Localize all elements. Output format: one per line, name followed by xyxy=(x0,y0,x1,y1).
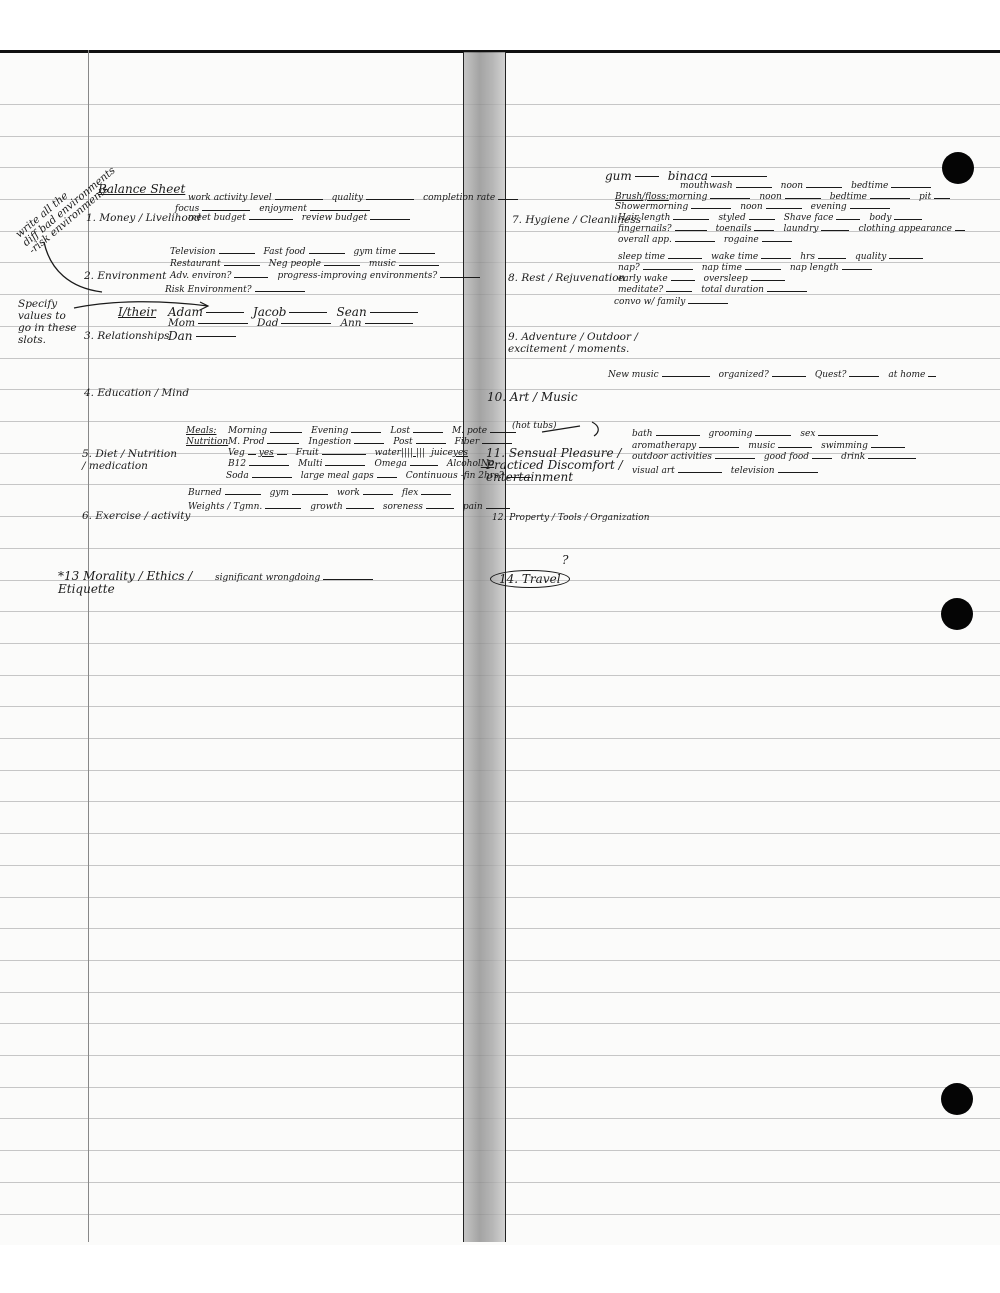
field-television-pleasure[interactable]: television xyxy=(731,467,821,476)
field-music[interactable]: music xyxy=(369,260,442,269)
field-row: mouthwash noon bedtime xyxy=(680,182,940,191)
field-quality[interactable]: quality xyxy=(332,194,417,203)
field-quest[interactable]: Quest? xyxy=(815,371,883,380)
field-swimming[interactable]: swimming xyxy=(821,442,908,451)
field-neg-people[interactable]: Neg people xyxy=(269,260,363,269)
field-organized[interactable]: organized? xyxy=(719,371,809,380)
field-gym-time[interactable]: gym time xyxy=(354,248,439,257)
field-row: work activity level quality completion r… xyxy=(188,194,527,203)
fold-edge-right xyxy=(505,52,506,1242)
field-row: Dan xyxy=(168,330,245,342)
category-education: 4. Education / Mind xyxy=(84,388,189,399)
field-row: Vegyes Fruit water |||| ||| juice yes xyxy=(228,449,474,458)
field-multi[interactable]: Multi xyxy=(298,460,368,469)
field-post[interactable]: Post xyxy=(393,438,448,447)
category-travel: 14. Travel xyxy=(490,570,570,588)
field-review-budget[interactable]: review budget xyxy=(302,214,414,223)
field-meditate[interactable]: meditate? xyxy=(618,286,695,295)
field-new-music[interactable]: New music xyxy=(608,371,713,380)
field-ingestion[interactable]: Ingestion xyxy=(308,438,387,447)
field-row: Brush/floss: morning noon bedtime pit xyxy=(615,193,959,202)
field-water[interactable]: water |||| ||| xyxy=(375,449,425,458)
category-morality: *13 Morality / Ethics / Etiquette xyxy=(58,570,208,596)
field-sleep-time[interactable]: sleep time xyxy=(618,253,705,262)
bracket-arrow-icon xyxy=(540,420,610,440)
category-environment: 2. Environment xyxy=(84,271,166,282)
field-row: Burned gym work flex xyxy=(188,489,460,498)
field-adv-environ[interactable]: Adv. environ? xyxy=(170,272,271,281)
field-row: aromatherapy music swimming xyxy=(632,442,914,451)
field-juice[interactable]: juice yes xyxy=(431,449,468,458)
field-omega[interactable]: Omega xyxy=(374,460,440,469)
field-convo-family[interactable]: convo w/ family xyxy=(614,298,731,307)
field-fruit[interactable]: Fruit xyxy=(296,449,369,458)
binder-hole-icon xyxy=(942,152,974,184)
field-aromatherapy[interactable]: aromatherapy xyxy=(632,442,742,451)
field-burned[interactable]: Burned xyxy=(188,489,264,498)
field-progress-environments[interactable]: progress-improving environments? xyxy=(277,272,483,281)
binder-hole-icon xyxy=(941,1083,973,1115)
field-music-pleasure[interactable]: music xyxy=(748,442,815,451)
field-hair-length[interactable]: Hair length xyxy=(618,214,712,223)
field-quality-sleep[interactable]: quality xyxy=(855,253,926,262)
field-large-meal-gaps[interactable]: large meal gaps xyxy=(301,472,400,481)
note-line: slots. xyxy=(18,334,77,346)
field-morning[interactable]: Morning xyxy=(228,427,305,436)
field-row: Adam Jacob Sean xyxy=(168,306,427,318)
category-relationships: 3. Relationships xyxy=(84,331,169,342)
field-television[interactable]: Television xyxy=(170,248,258,257)
field-row: Risk Environment? xyxy=(165,286,314,295)
field-shower[interactable]: Shower morning xyxy=(615,203,734,212)
field-row: overall app. rogaine xyxy=(618,236,801,245)
field-row: Shower morning noon evening xyxy=(615,203,899,212)
field-row: Television Fast food gym time xyxy=(170,248,444,257)
field-row: bath grooming sex xyxy=(632,430,887,439)
field-grooming[interactable]: grooming xyxy=(709,430,795,439)
field-mouthwash[interactable]: mouthwash xyxy=(680,182,775,191)
field-toenails[interactable]: toenails xyxy=(716,225,778,234)
field-risk-environment[interactable]: Risk Environment? xyxy=(165,286,308,295)
field-visual-art[interactable]: visual art xyxy=(632,467,725,476)
field-brush-bedtime[interactable]: bedtime xyxy=(830,193,913,202)
field-good-food[interactable]: good food xyxy=(764,453,835,462)
category-art-music: 10. Art / Music xyxy=(487,391,578,403)
travel-question-mark: ? xyxy=(562,554,568,566)
field-pit[interactable]: pit xyxy=(919,193,953,202)
field-pain[interactable]: pain xyxy=(463,503,513,512)
field-row: Restaurant Neg people music xyxy=(170,260,448,269)
field-row: Weights / Tgmn. growth soreness pain xyxy=(188,503,519,512)
field-b12[interactable]: B12 xyxy=(228,460,292,469)
field-row: Hair length styled Shave face body xyxy=(618,214,931,223)
field-row: fingernails? toenails laundry clothing a… xyxy=(618,225,974,234)
field-work-activity[interactable]: work activity level xyxy=(188,194,326,203)
paper-fold-strip xyxy=(463,52,505,1242)
field-meet-budget[interactable]: meet budget xyxy=(188,214,296,223)
field-body[interactable]: body xyxy=(869,214,925,223)
field-at-home[interactable]: at home xyxy=(888,371,939,380)
relationships-heading: I/their xyxy=(118,306,156,318)
side-note-specify: Specify values to go in these slots. xyxy=(18,298,77,346)
field-mouthwash-bedtime[interactable]: bedtime xyxy=(851,182,934,191)
field-lost[interactable]: Lost xyxy=(390,427,446,436)
category-adventure: 9. Adventure / Outdoor / excitement / mo… xyxy=(508,331,658,355)
field-soreness[interactable]: soreness xyxy=(383,503,457,512)
field-row: meditate? total duration xyxy=(618,286,816,295)
field-row: B12 Multi Omega Alcohol No xyxy=(228,460,500,469)
field-row: nap? nap time nap length xyxy=(618,264,881,273)
field-bath[interactable]: bath xyxy=(632,430,703,439)
note-line: go in these xyxy=(18,322,77,334)
field-styled[interactable]: styled xyxy=(718,214,777,223)
field-fast-food[interactable]: Fast food xyxy=(264,248,348,257)
sublabel-meals: Meals: xyxy=(186,427,216,436)
field-drink[interactable]: drink xyxy=(841,453,919,462)
field-brush-floss[interactable]: Brush/floss: morning xyxy=(615,193,753,202)
field-total-duration[interactable]: total duration xyxy=(701,286,810,295)
field-growth[interactable]: growth xyxy=(310,503,377,512)
field-brush-noon[interactable]: noon xyxy=(759,193,823,202)
field-m-pote[interactable]: M. pote xyxy=(452,427,519,436)
field-mom[interactable]: Mom xyxy=(168,318,251,329)
field-significant-wrongdoing[interactable]: significant wrongdoing xyxy=(215,574,376,583)
field-dan[interactable]: Dan xyxy=(168,330,239,342)
category-money: 1. Money / Livelihood xyxy=(86,213,201,224)
field-outdoor-activities[interactable]: outdoor activities xyxy=(632,453,758,462)
note-line: Specify xyxy=(18,298,77,310)
field-row: visual art television xyxy=(632,467,827,476)
field-row: outdoor activities good food drink xyxy=(632,453,925,462)
field-shower-evening[interactable]: evening xyxy=(811,203,893,212)
field-wake-time[interactable]: wake time xyxy=(711,253,794,262)
field-work[interactable]: work xyxy=(337,489,396,498)
category-sensual-pleasure: 11. Sensual Pleasure / Practiced Discomf… xyxy=(486,447,626,483)
field-row: Mom Dad Ann xyxy=(168,318,422,329)
fold-edge-left xyxy=(463,52,464,1242)
category-property: 12. Property / Tools / Organization xyxy=(492,514,650,523)
field-flex[interactable]: flex xyxy=(402,489,454,498)
field-row: convo w/ family xyxy=(614,298,737,307)
category-rest: 8. Rest / Rejuvenation xyxy=(508,273,625,284)
field-completion-rate[interactable]: completion rate xyxy=(423,194,521,203)
category-diet: 5. Diet / Nutrition / medication xyxy=(82,448,182,472)
field-shave-face[interactable]: Shave face xyxy=(784,214,864,223)
field-early-wake[interactable]: early wake xyxy=(618,275,698,284)
field-nap[interactable]: nap? xyxy=(618,264,696,273)
field-weights[interactable]: Weights / Tgmn. xyxy=(188,503,304,512)
field-row: meet budget review budget xyxy=(188,214,419,223)
field-soda[interactable]: Soda xyxy=(226,472,295,481)
field-laundry[interactable]: laundry xyxy=(783,225,852,234)
field-row: Adv. environ? progress-improving environ… xyxy=(170,272,489,281)
field-gum[interactable]: gum xyxy=(605,170,662,182)
field-evening[interactable]: Evening xyxy=(311,427,384,436)
field-rogaine[interactable]: rogaine xyxy=(724,236,795,245)
field-shower-noon[interactable]: noon xyxy=(740,203,804,212)
field-nap-time[interactable]: nap time xyxy=(702,264,784,273)
field-overall-app[interactable]: overall app. xyxy=(618,236,718,245)
sublabel-nutrition: Nutrition xyxy=(186,438,228,447)
field-row: Morning Evening Lost M. pote xyxy=(228,427,525,436)
field-row: New music organized? Quest? at home xyxy=(608,371,945,380)
field-gym[interactable]: gym xyxy=(270,489,331,498)
field-veg[interactable]: Vegyes xyxy=(228,449,290,458)
field-clothing-appearance[interactable]: clothing appearance xyxy=(858,225,967,234)
page-title: Balance Sheet xyxy=(98,183,185,195)
category-exercise: 6. Exercise / activity xyxy=(82,511,190,522)
field-sex[interactable]: sex xyxy=(800,430,881,439)
field-mouthwash-noon[interactable]: noon xyxy=(781,182,845,191)
left-margin-line xyxy=(88,50,89,1242)
field-row: early wake oversleep xyxy=(618,275,794,284)
field-fingernails[interactable]: fingernails? xyxy=(618,225,710,234)
field-row: M. Prod Ingestion Post Fiber xyxy=(228,438,521,447)
note-line: values to xyxy=(18,310,77,322)
field-ann[interactable]: Ann xyxy=(340,318,415,329)
field-restaurant[interactable]: Restaurant xyxy=(170,260,263,269)
field-row: significant wrongdoing xyxy=(215,574,382,583)
field-oversleep[interactable]: oversleep xyxy=(704,275,788,284)
field-m-prod[interactable]: M. Prod xyxy=(228,438,302,447)
binder-hole-icon xyxy=(941,598,973,630)
field-dad[interactable]: Dad xyxy=(257,318,334,329)
field-nap-length[interactable]: nap length xyxy=(790,264,875,273)
field-row: sleep time wake time hrs quality xyxy=(618,253,932,262)
field-hrs[interactable]: hrs xyxy=(800,253,849,262)
